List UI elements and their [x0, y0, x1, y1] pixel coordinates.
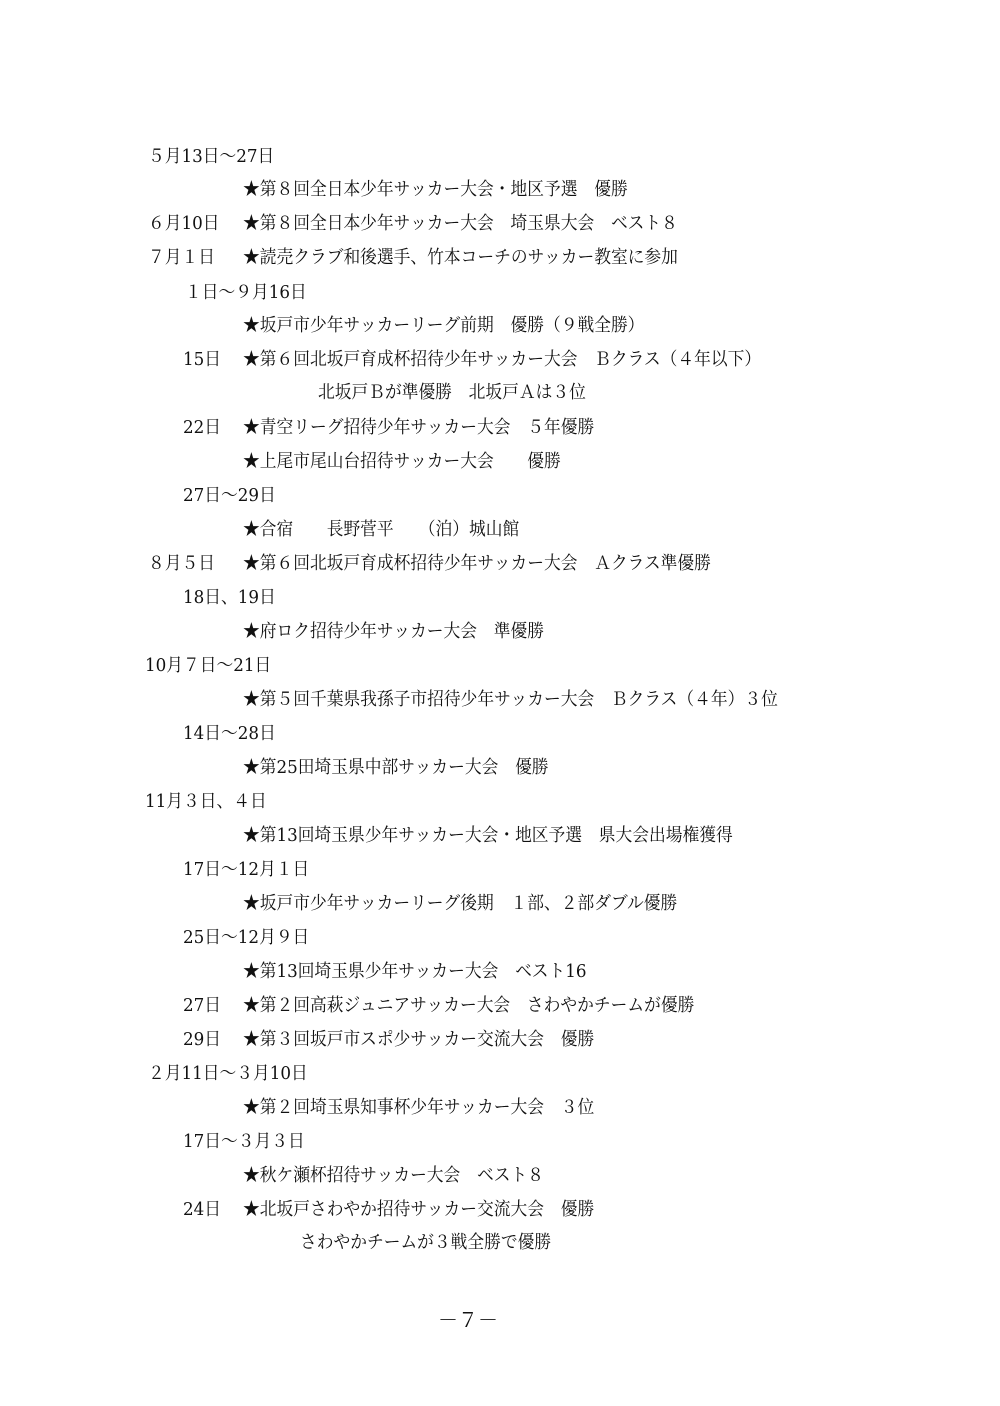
event-entry: ★第８回全日本少年サッカー大会・地区予選 優勝 — [243, 179, 628, 201]
page-number: －７－ — [438, 1308, 498, 1332]
date-label: 14日～28日 — [183, 723, 276, 745]
event-entry: ★第２回高萩ジュニアサッカー大会 さわやかチームが優勝 — [243, 995, 694, 1017]
date-label: １日～９月16日 — [185, 282, 307, 304]
event-entry: ★第25田埼玉県中部サッカー大会 優勝 — [243, 757, 549, 779]
event-entry: ★第３回坂戸市スポ少サッカー交流大会 優勝 — [243, 1029, 594, 1051]
date-label: ５月13日～27日 — [148, 146, 274, 168]
date-label: 25日～12月９日 — [183, 927, 309, 949]
date-label: 10月７日～21日 — [145, 655, 271, 677]
event-entry: ★第５回千葉県我孫子市招待少年サッカー大会 Ｂクラス（４年）３位 — [243, 689, 778, 711]
event-entry: ★第13回埼玉県少年サッカー大会 ベスト16 — [243, 961, 587, 983]
date-label: 15日 — [183, 349, 221, 371]
date-label: ８月５日 — [148, 553, 215, 575]
date-label: 17日～３月３日 — [183, 1131, 305, 1153]
event-entry: ★北坂戸さわやか招待サッカー交流大会 優勝 — [243, 1199, 594, 1221]
date-label: ２月11日～３月10日 — [148, 1063, 308, 1085]
event-entry: ★上尾市尾山台招待サッカー大会 優勝 — [243, 451, 561, 473]
date-label: 11月３日、４日 — [145, 791, 267, 813]
event-entry: ★第６回北坂戸育成杯招待少年サッカー大会 Ｂクラス（４年以下） — [243, 349, 761, 371]
date-label: ６月10日 — [148, 213, 220, 235]
event-entry: ★合宿 長野菅平 （泊）城山館 — [243, 519, 519, 541]
event-entry: ★第６回北坂戸育成杯招待少年サッカー大会 Ａクラス準優勝 — [243, 553, 711, 575]
date-label: 24日 — [183, 1199, 221, 1221]
date-label: 18日、19日 — [183, 587, 276, 609]
event-entry: ★府ロク招待少年サッカー大会 準優勝 — [243, 621, 544, 643]
date-label: ７月１日 — [148, 247, 215, 269]
event-note: 北坂戸Ｂが準優勝 北坂戸Ａは３位 — [318, 382, 586, 404]
date-label: 27日 — [183, 995, 221, 1017]
date-label: 22日 — [183, 417, 221, 439]
event-entry: ★第13回埼玉県少年サッカー大会・地区予選 県大会出場権獲得 — [243, 825, 733, 847]
event-note: さわやかチームが３戦全勝で優勝 — [300, 1232, 551, 1254]
date-label: 27日～29日 — [183, 485, 276, 507]
event-entry: ★読売クラブ和後選手、竹本コーチのサッカー教室に参加 — [243, 247, 678, 269]
event-entry: ★第２回埼玉県知事杯少年サッカー大会 ３位 — [243, 1097, 594, 1119]
event-entry: ★第８回全日本少年サッカー大会 埼玉県大会 ベスト８ — [243, 213, 678, 235]
event-entry: ★坂戸市少年サッカーリーグ前期 優勝（９戦全勝） — [243, 315, 644, 337]
event-entry: ★坂戸市少年サッカーリーグ後期 １部、２部ダブル優勝 — [243, 893, 677, 915]
date-label: 17日～12月１日 — [183, 859, 309, 881]
date-label: 29日 — [183, 1029, 221, 1051]
event-entry: ★青空リーグ招待少年サッカー大会 ５年優勝 — [243, 417, 594, 439]
event-entry: ★秋ケ瀬杯招待サッカー大会 ベスト８ — [243, 1165, 544, 1187]
document-page: ５月13日～27日★第８回全日本少年サッカー大会・地区予選 優勝６月10日★第８… — [0, 0, 1000, 1406]
